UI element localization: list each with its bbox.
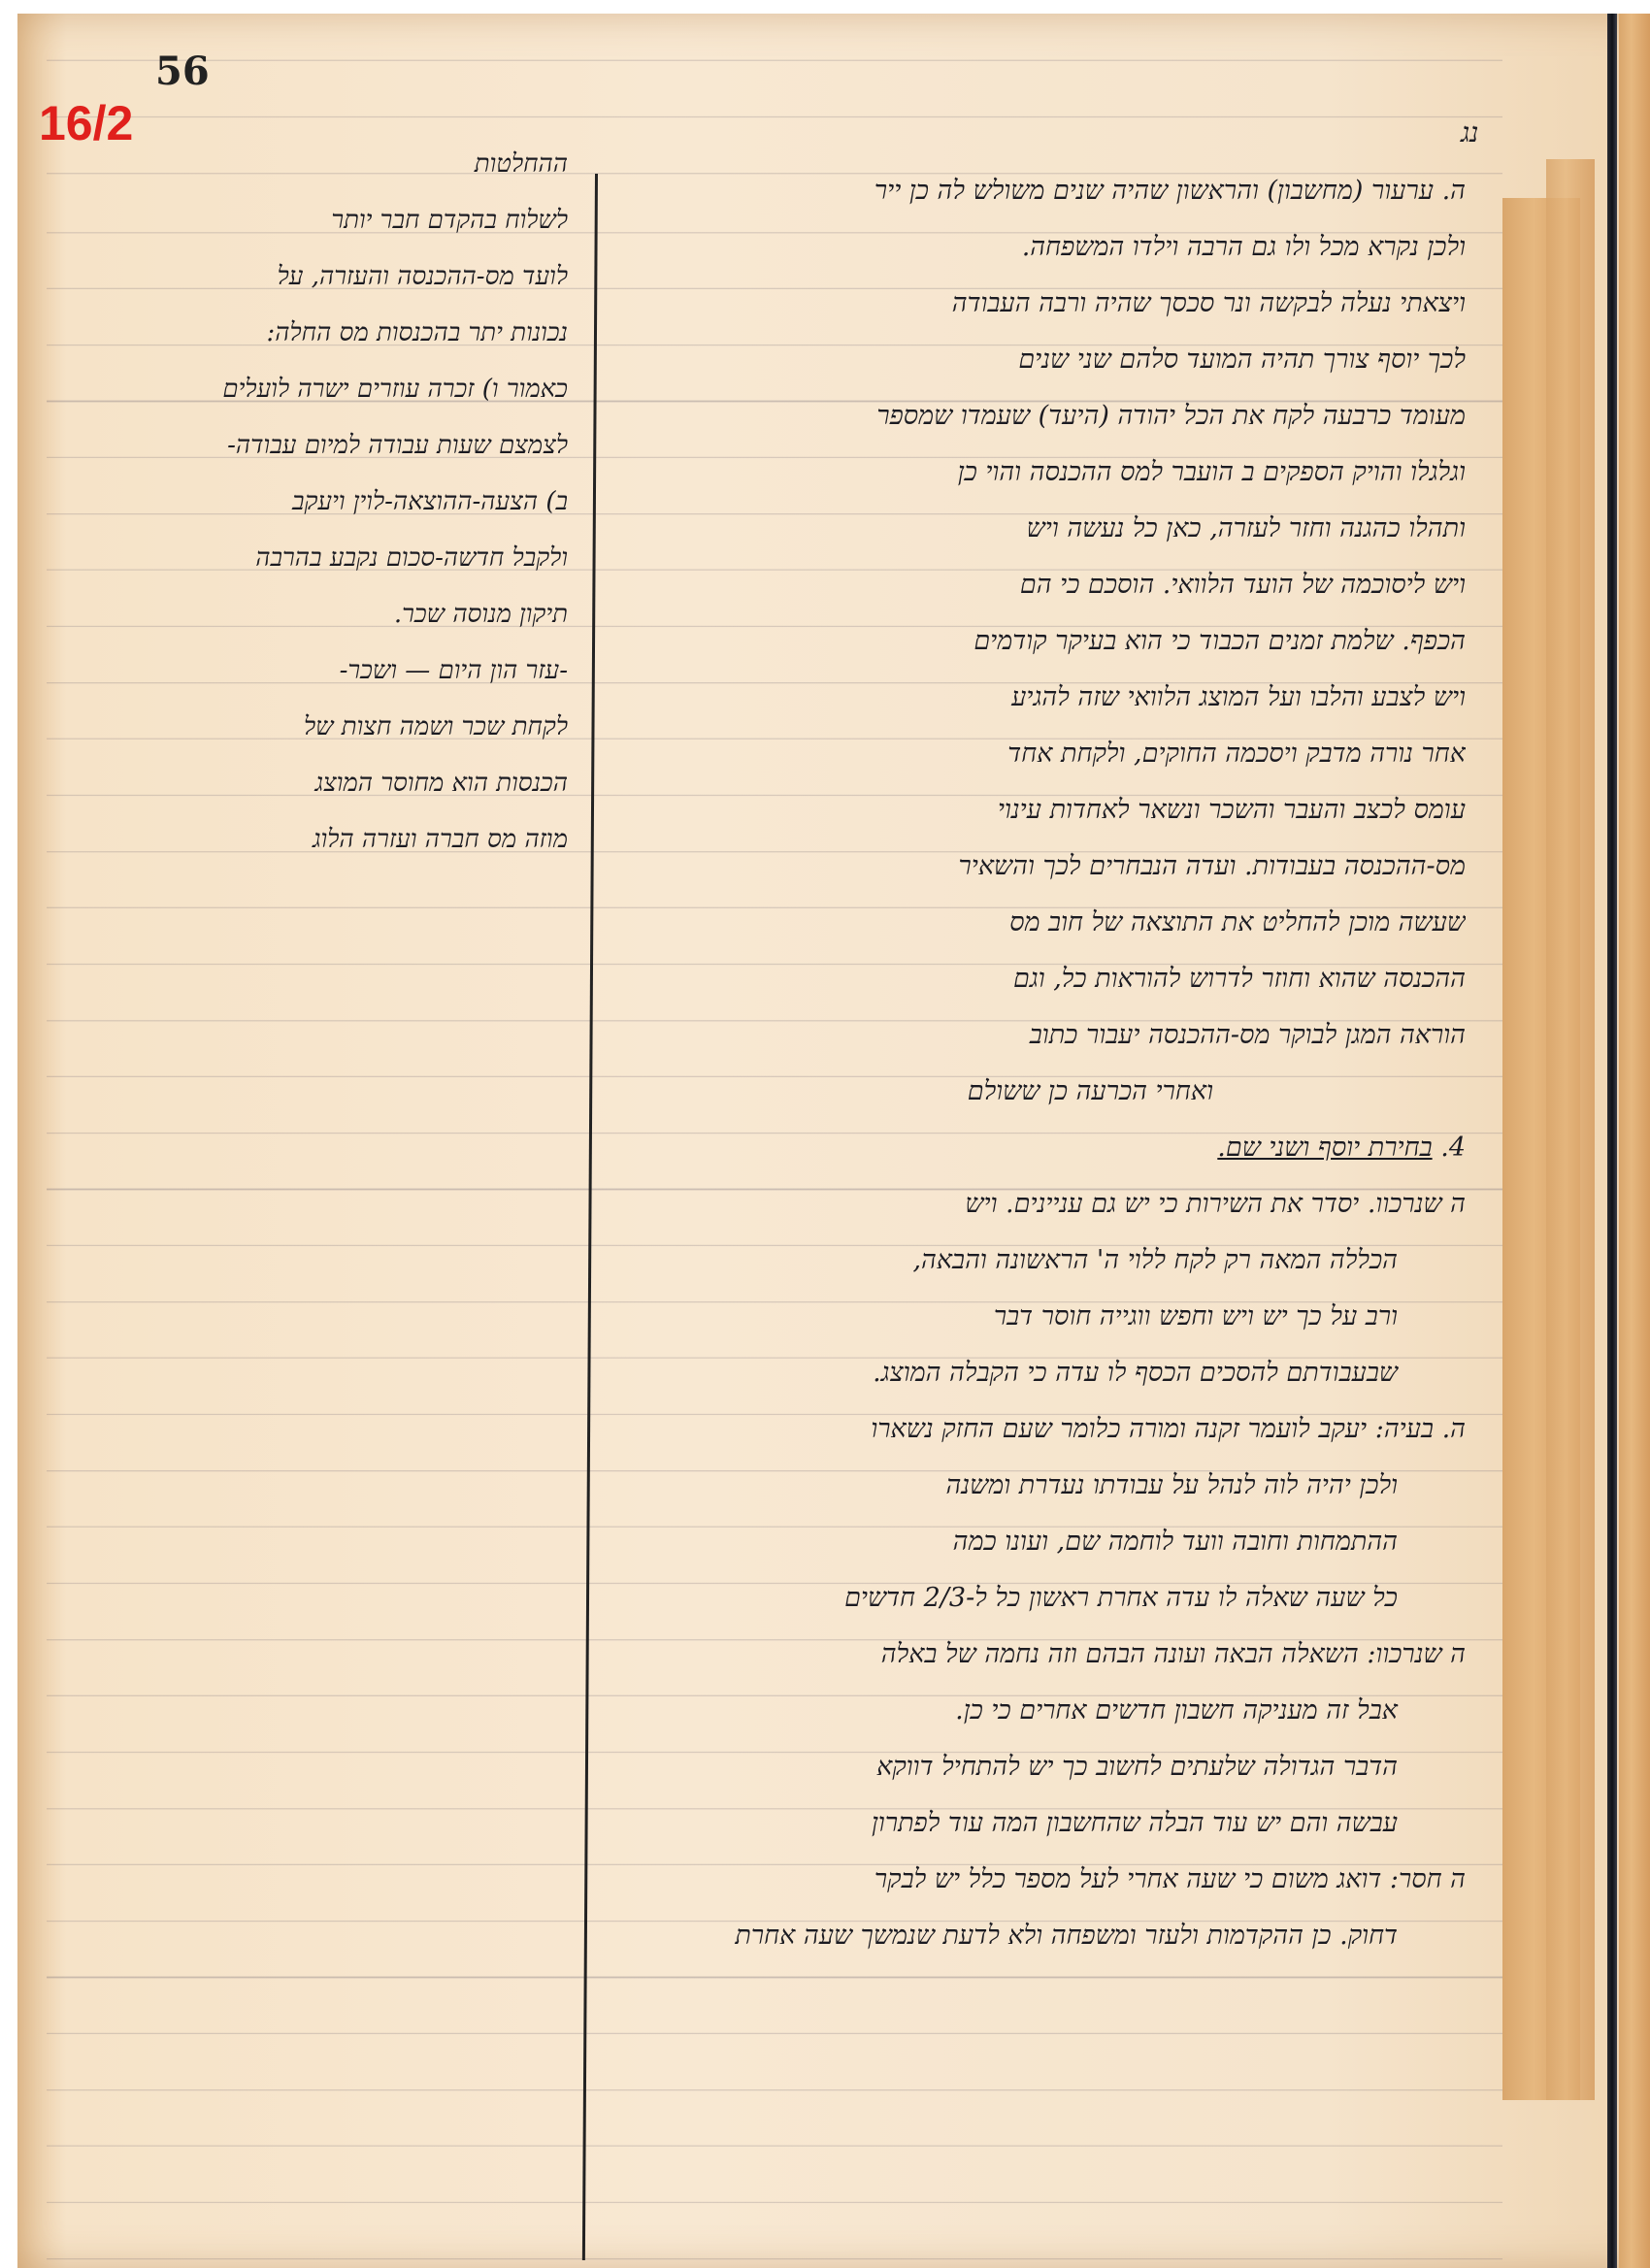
minutes-line: הדבר הגדולה שלעתים לחשוב כך יש להתחיל דו…	[621, 1739, 1466, 1795]
decisions-heading: ההחלטות	[39, 136, 568, 192]
minutes-line: דחוק. כן ההקדמות ולעזר ומשפחה ולא לדעת ש…	[621, 1908, 1466, 1964]
decision-line: לועד מס-ההכנסה והעזרה, על	[39, 248, 568, 305]
section-title: בחירת יוסף ושני שם.	[1217, 1133, 1432, 1163]
minutes-line: אבל זה מעניקה חשבון חדשים אחרים כי כן.	[621, 1683, 1466, 1739]
minutes-line: ההתמחות וחובה וועד לוחמה שם, ועונו כמה	[621, 1514, 1466, 1570]
minutes-line: ותהלו כהגנה וחזר לעזרה, כאן כל נעשה ויש	[621, 501, 1466, 557]
decision-line: ולקבל חדשה-סכום נקבע בהרבה	[39, 530, 568, 586]
decisions-column: ההחלטות לשלוח בהקדם חבר יותר לועד מס-ההכ…	[39, 136, 568, 868]
minutes-line: שעשה מוכן להחליט את התוצאה של חוב מס	[621, 895, 1466, 951]
minutes-line: ואחרי הכרעה כן ששולם	[621, 1064, 1466, 1120]
decision-line: לשלוח בהקדם חבר יותר	[39, 192, 568, 248]
minutes-line: עומס לכצב והעבר והשכר ונשאר לאחדות עינוי	[621, 782, 1466, 838]
minutes-line: שבעבודתם להסכים הכסף לו עדה כי הקבלה המו…	[621, 1345, 1466, 1401]
minutes-line: הכללה המאה רק לקח ללוי ה' הראשונה והבאה,	[621, 1233, 1466, 1289]
minutes-line: עבשה והם יש עוד הבלה שהחשבון המה עוד לפת…	[621, 1795, 1466, 1852]
minutes-line: ויש לצבע והלבו ועל המוצג הלוואי שזה להגי…	[621, 670, 1466, 726]
handwritten-page-mark: נג	[1461, 116, 1478, 149]
decision-line: לקחת שכר ושמה חצות של	[39, 699, 568, 755]
minutes-line: ויש ליסוכמה של הועד הלוואי. הוסכם כי הם	[621, 557, 1466, 613]
minutes-line: לכך יוסף צורך תהיה המועד סלהם שני שנים	[621, 332, 1466, 388]
section-4-heading: 4. בחירת יוסף ושני שם.	[621, 1120, 1466, 1176]
decision-line: כאמור ו) זכרה עוזרים ישרה לועלים	[39, 361, 568, 417]
decision-line: מוזה מס חברה ועזרה הלוג	[39, 811, 568, 868]
minutes-line: מס-ההכנסה בעבודות. ועדה הנבחרים לכך והשא…	[621, 838, 1466, 895]
minutes-line: ורב על כך יש ויש וחפש ווגייה חוסר דבר	[621, 1289, 1466, 1345]
decision-line: לצמצם שעות עבודה למיום עבודה-	[39, 417, 568, 474]
minutes-line: ה שנרכוו. יסדר את השירות כי יש גם ענייני…	[621, 1176, 1466, 1233]
decision-line: -עזר הון היום — ושכר-	[39, 642, 568, 699]
decision-line: נכונות יתר בהכנסות מס החלה:	[39, 305, 568, 361]
minutes-line: ויצאתי נעלה לבקשה ונר סכסך שהיה ורבה העב…	[621, 276, 1466, 332]
decision-line: ב) הצעה-ההוצאה-לוין ויעקב	[39, 474, 568, 530]
minutes-line: ולכן יהיה לוה לנהל על עבודתו נעדרת ומשנה	[621, 1458, 1466, 1514]
minutes-line: אחר נורה מדבק ויסכמה החוקים, ולקחת אחד	[621, 726, 1466, 782]
minutes-line: מעומד כרבעה לקח את הכל יהודה (היעד) שעמד…	[621, 388, 1466, 444]
decision-line: הכנסות הוא מחוסר המוצג	[39, 755, 568, 811]
book-spine-binding	[1607, 14, 1617, 2268]
minutes-column: ה. ערעור (מחשבון) והראשון שהיה שנים משול…	[621, 163, 1466, 1964]
minutes-line: הכפף. שלמת זמנים הכבוד כי הוא בעיקר קודמ…	[621, 613, 1466, 670]
minutes-line: ולכן נקרא מכל ולו גם הרבה וילדו המשפחה.	[621, 219, 1466, 276]
section-number: 4.	[1440, 1133, 1466, 1163]
binding-edge-strip	[1619, 14, 1650, 2268]
stamped-page-number: 56	[155, 49, 210, 94]
minutes-line: וגלגלו והויק הספקים ב הועבר למס ההכנסה ו…	[621, 444, 1466, 501]
minutes-line: ה שנרכוו: השאלה הבאה ועונה הבהם וזה נחמה…	[621, 1627, 1466, 1683]
minutes-line: הוראה המגן לבוקר מס-ההכנסה יעבור כתוב	[621, 1007, 1466, 1064]
minutes-line: ה. ערעור (מחשבון) והראשון שהיה שנים משול…	[621, 163, 1466, 219]
minutes-line: ה. בעיה: יעקב לועמר זקנה ומורה כלומר שעם…	[621, 1401, 1466, 1458]
minutes-line: כל שעה שאלה לו עדה אחרת ראשון כל ל-2/3 ח…	[621, 1570, 1466, 1627]
binding-tape-strip-outer	[1546, 159, 1595, 2100]
decision-line: תיקון מנוסה שכר.	[39, 586, 568, 642]
minutes-line: ההכנסה שהוא וחוזר לדרוש להוראות כל, וגם	[621, 951, 1466, 1007]
minutes-line: ה חסר: דואג משום כי שעה אחרי לעל מספר כל…	[621, 1852, 1466, 1908]
